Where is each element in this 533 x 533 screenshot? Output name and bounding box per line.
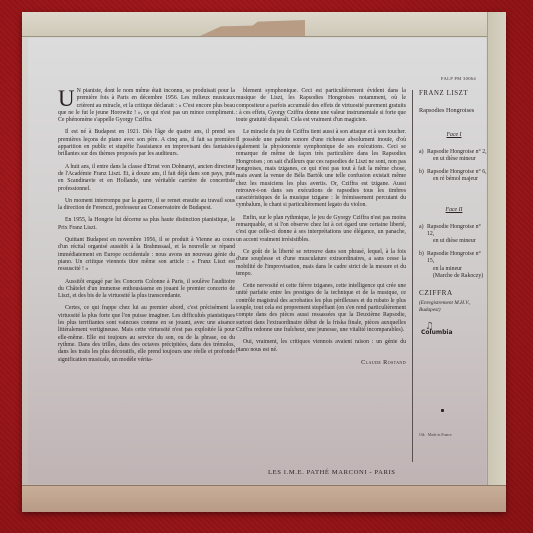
work-title: Rapsodies Hongroises xyxy=(419,107,489,114)
spacer xyxy=(419,189,489,207)
track-label: b) xyxy=(419,169,427,183)
track-text: Rapsodie Hongroise n° 6,en ré bémol maje… xyxy=(427,169,489,183)
sleeve-right-flap xyxy=(487,12,506,512)
composer-name: FRANZ LISZT xyxy=(419,90,489,97)
tracklist: FRANZ LISZT Rapsodies Hongroises Face Ia… xyxy=(419,90,489,337)
columbia-logo: ♫ Columbia xyxy=(419,329,453,336)
torn-paper xyxy=(200,20,305,36)
column-divider xyxy=(412,90,413,462)
track-label: b) xyxy=(419,251,427,280)
drop-cap: U xyxy=(58,89,75,109)
liner-paragraph: Aussitôt engagé par les Concerts Colonne… xyxy=(58,279,235,301)
track-label: a) xyxy=(419,224,427,246)
liner-paragraph: Il est né à Budapest en 1921. Dès l'âge … xyxy=(58,129,235,158)
track-item: b)Rapsodie Hongroise n° 6,en ré bémol ma… xyxy=(419,169,489,183)
liner-paragraph: A huit ans, il entre dans la classe d'Er… xyxy=(58,164,235,193)
sleeve-top-flap xyxy=(22,12,506,37)
liner-notes-page: FALP PM 30064 UN pianiste, dont le nom m… xyxy=(28,38,486,484)
liner-paragraph: Un moment interrompu par la guerre, il s… xyxy=(58,198,235,213)
track-item: a)Rapsodie Hongroise n° 12,en ut dièse m… xyxy=(419,224,489,246)
author-signature: Claude Rostand xyxy=(236,359,406,366)
liner-notes-column-1: UN pianiste, dont le nom même était inco… xyxy=(58,88,235,369)
liner-paragraph: Le miracle du jeu de Cziffra tient aussi… xyxy=(236,129,406,209)
track-text: Rapsodie Hongroise n° 12,en ut dièse min… xyxy=(427,224,489,246)
liner-paragraph: Enfin, sur le plan rythmique, le jeu de … xyxy=(236,215,406,244)
liner-paragraph: Ce goût de la liberté se retrouve dans s… xyxy=(236,249,406,278)
mark-dot xyxy=(441,409,444,412)
sleeve-bottom-flap xyxy=(22,485,506,512)
track-item: a)Rapsodie Hongroise n° 2,en ut dièse mi… xyxy=(419,149,489,163)
record-sleeve-back: FALP PM 30064 UN pianiste, dont le nom m… xyxy=(22,12,506,512)
made-in-france: Otk · Made in France xyxy=(419,433,452,437)
liner-paragraph: UN pianiste, dont le nom même était inco… xyxy=(58,88,235,124)
side-title: Face II xyxy=(419,207,489,214)
liner-paragraph: En 1955, la Hongrie lui décerne sa plus … xyxy=(58,217,235,232)
track-text: Rapsodie Hongroise n° 2,en ut dièse mine… xyxy=(427,149,489,163)
catalog-number: FALP PM 30064 xyxy=(441,76,476,81)
track-text: Rapsodie Hongroise n° 15,en la mineur(Ma… xyxy=(427,251,489,280)
liner-paragraph: Quittant Budapest en novembre 1956, il s… xyxy=(58,237,235,273)
track-item: b)Rapsodie Hongroise n° 15,en la mineur(… xyxy=(419,251,489,280)
liner-paragraph: blement symphonique. Ceci est particuliè… xyxy=(236,88,406,124)
side-title: Face I xyxy=(419,132,489,139)
liner-notes-column-2: blement symphonique. Ceci est particuliè… xyxy=(236,88,406,366)
liner-paragraph: Certes, ce qui frappe chez lui au premie… xyxy=(58,305,235,363)
liner-paragraph: Oui, vraiment, les critiques viennois av… xyxy=(236,339,406,354)
publisher: LES I.M.E. PATHÉ MARCONI - PARIS xyxy=(268,469,396,476)
sides: Face Ia)Rapsodie Hongroise n° 2,en ut di… xyxy=(419,132,489,280)
recording-note: (Enregistrement M.H.V., Budapest) xyxy=(419,300,489,314)
liner-paragraph: Cette nervosité et cette fièvre tziganes… xyxy=(236,283,406,334)
performer-name: CZIFFRA xyxy=(419,290,489,297)
track-label: a) xyxy=(419,149,427,163)
music-note-icon: ♫ xyxy=(425,323,434,330)
